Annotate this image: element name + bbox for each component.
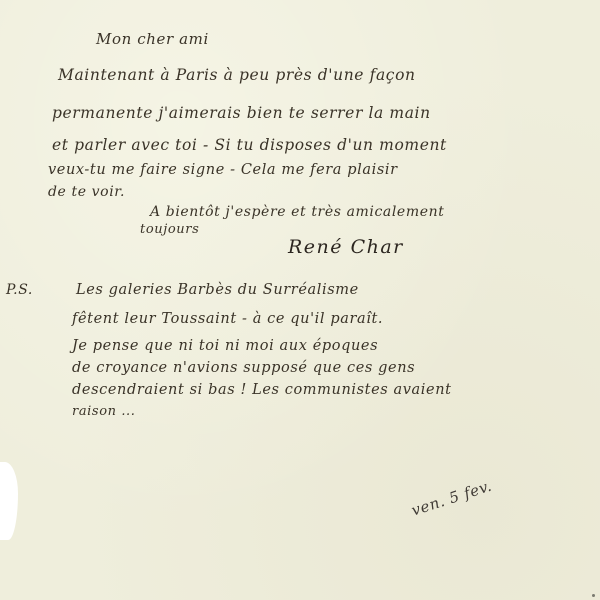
- ps-label: P.S.: [6, 282, 33, 298]
- body-line-5: de te voir.: [48, 184, 125, 200]
- body-line-3: et parler avec toi - Si tu disposes d'un…: [52, 136, 447, 154]
- ps-line-6: raison ...: [72, 404, 136, 419]
- ps-line-3: Je pense que ni toi ni moi aux époques: [72, 338, 378, 354]
- ps-line-2: fêtent leur Toussaint - à ce qu'il paraî…: [72, 311, 383, 327]
- closing-line-2: toujours: [140, 222, 199, 237]
- body-line-2: permanente j'aimerais bien te serrer la …: [52, 104, 431, 122]
- closing-line-1: A bientôt j'espère et très amicalement: [150, 204, 444, 220]
- signature: René Char: [288, 236, 404, 258]
- body-line-1: Maintenant à Paris à peu près d'une faço…: [58, 66, 416, 84]
- ps-line-1: Les galeries Barbès du Surréalisme: [76, 282, 359, 298]
- ps-line-5: descendraient si bas ! Les communistes a…: [72, 382, 452, 398]
- paper-speck: [592, 594, 595, 597]
- torn-edge: [0, 462, 18, 540]
- salutation: Mon cher ami: [96, 30, 209, 48]
- letter-paper: Mon cher ami Maintenant à Paris à peu pr…: [0, 0, 600, 600]
- ps-line-4: de croyance n'avions supposé que ces gen…: [72, 360, 415, 376]
- body-line-4: veux-tu me faire signe - Cela me fera pl…: [48, 162, 398, 178]
- date-note: ven. 5 fev.: [409, 477, 494, 520]
